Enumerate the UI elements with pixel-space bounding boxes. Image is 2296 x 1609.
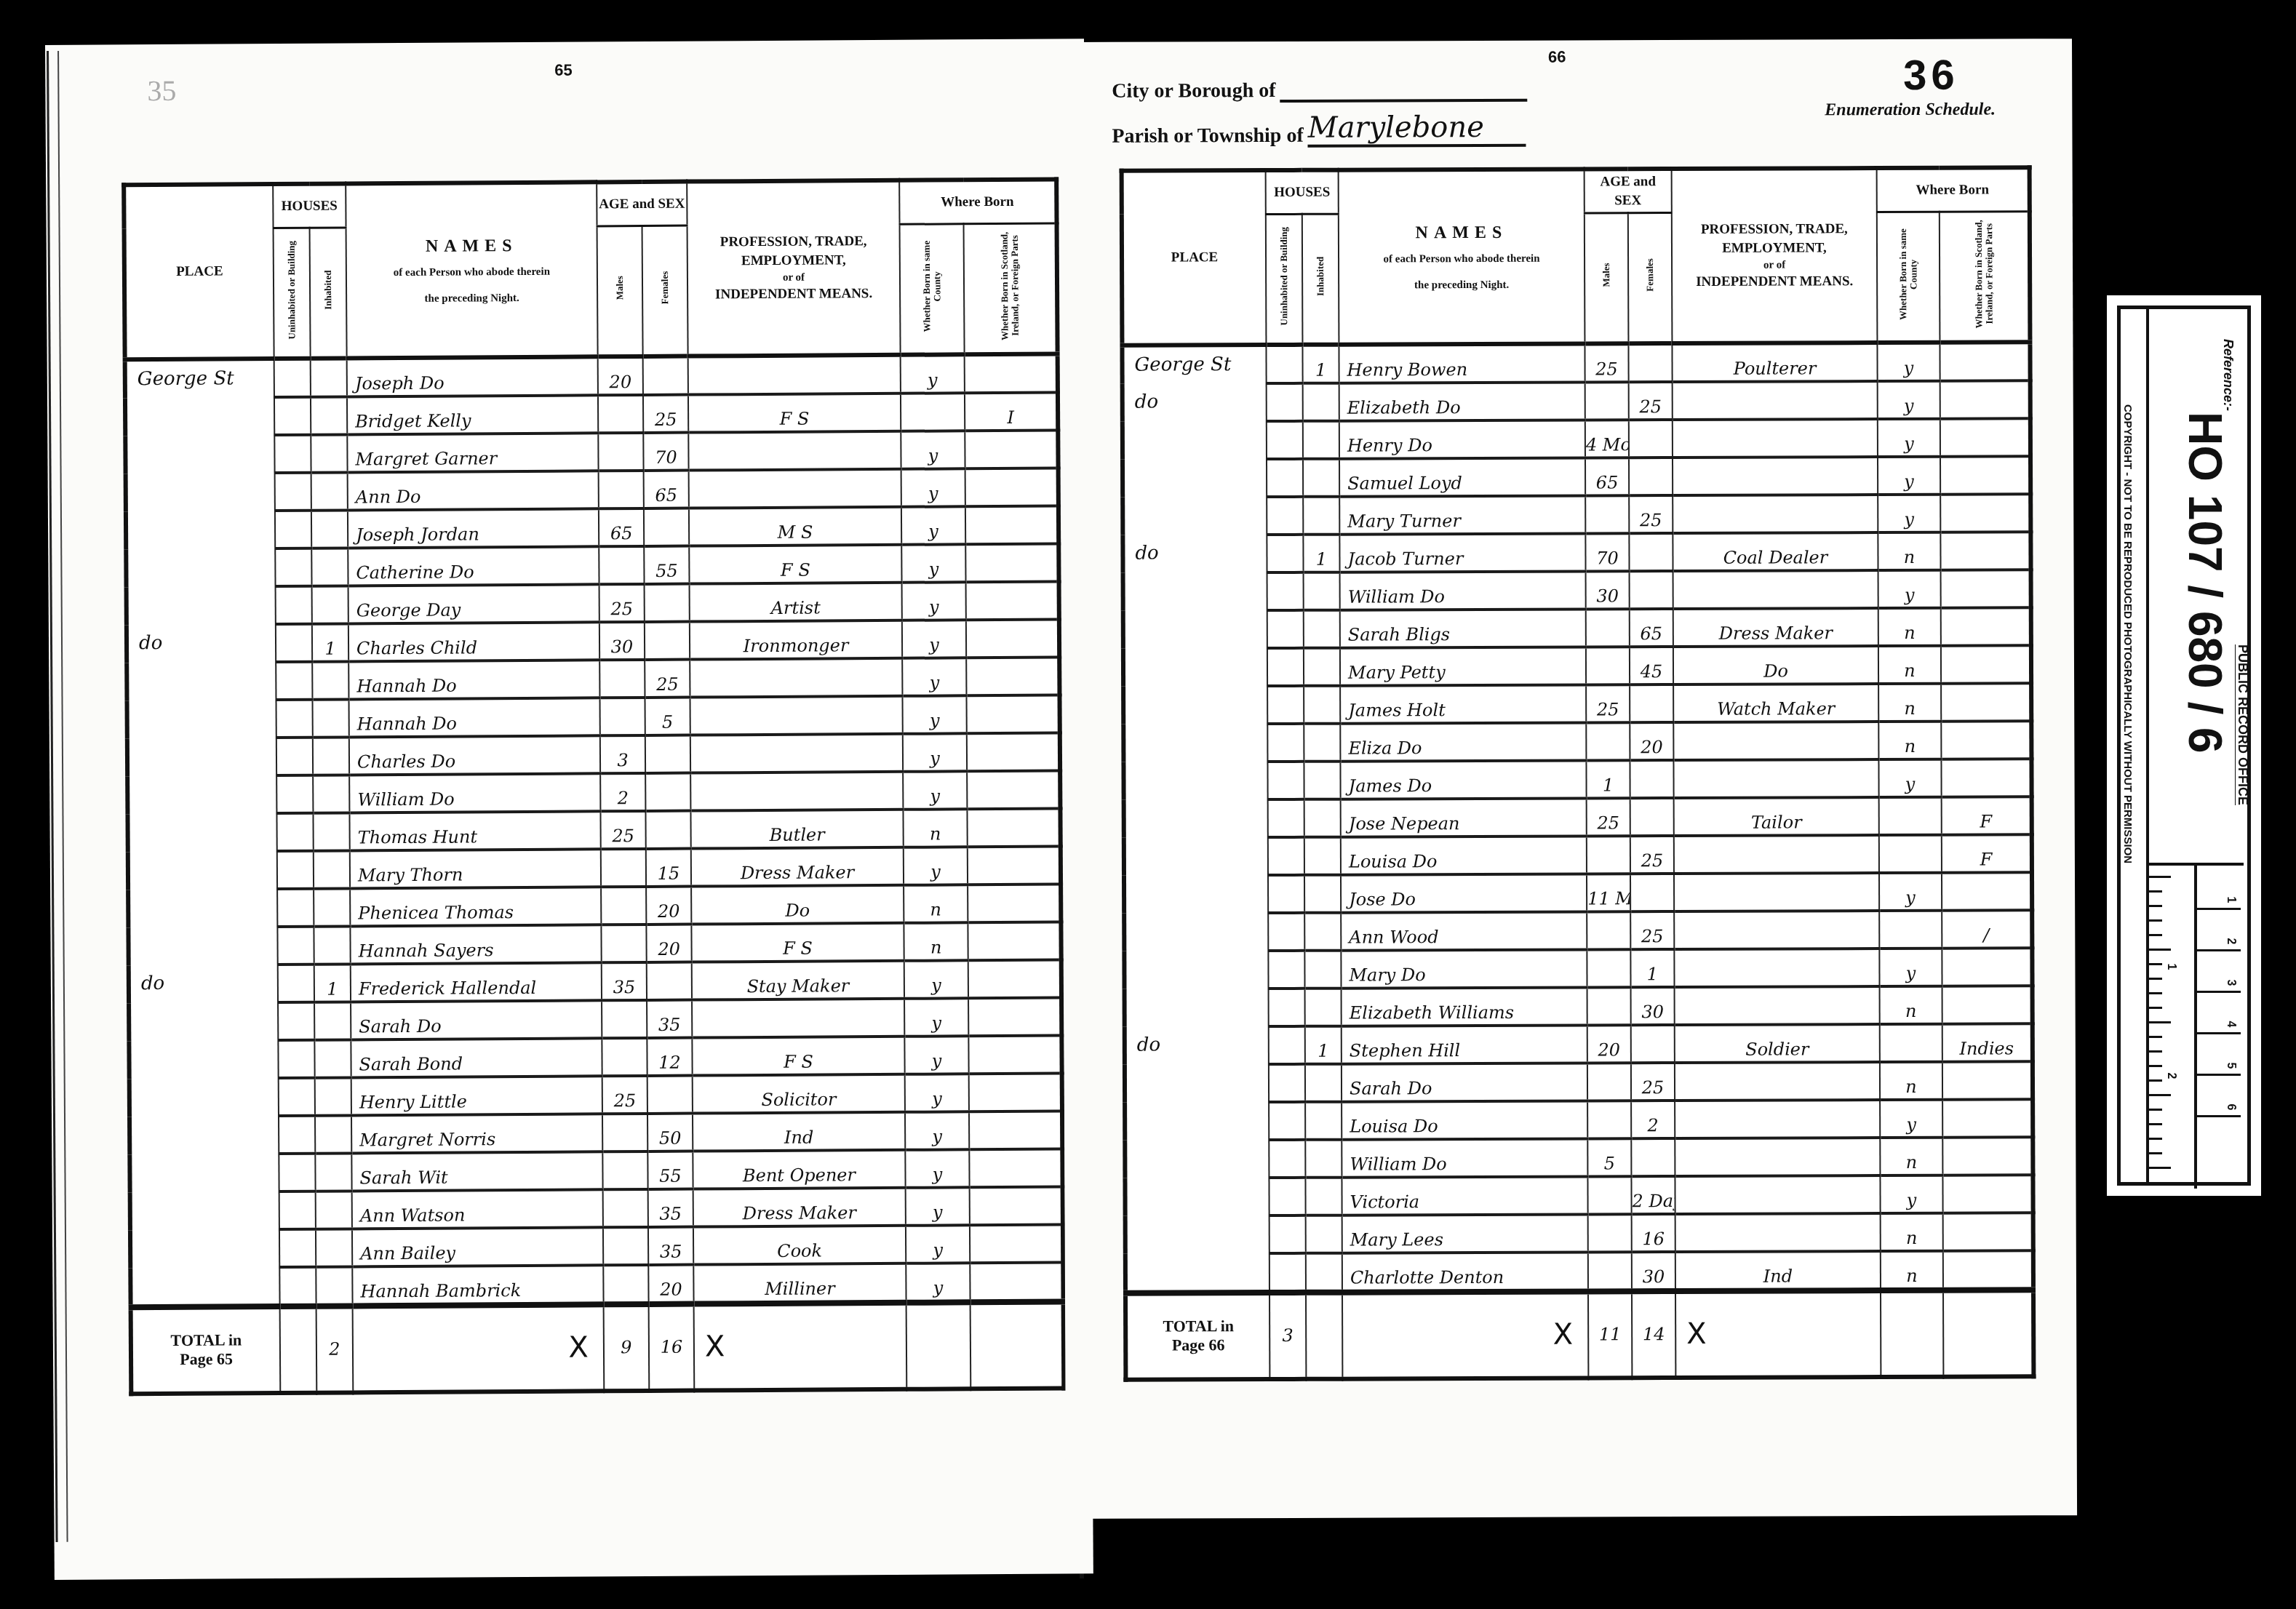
inhabited-cell bbox=[1305, 989, 1342, 1026]
male-age bbox=[599, 660, 645, 698]
female-age: 16 bbox=[1632, 1214, 1675, 1252]
male-age: 11 Months bbox=[1587, 874, 1630, 911]
place-cell bbox=[129, 1078, 279, 1117]
place-cell bbox=[1123, 724, 1267, 762]
born-same-county: n bbox=[1878, 532, 1940, 570]
male-age: 25 bbox=[602, 1076, 647, 1114]
born-elsewhere bbox=[1940, 418, 2030, 456]
folio-number: 66 bbox=[1548, 48, 1566, 67]
male-age: 35 bbox=[602, 962, 647, 1000]
female-age: 65 bbox=[644, 471, 689, 508]
occupation-cell: M S bbox=[689, 507, 901, 546]
born-same-county bbox=[1879, 911, 1942, 949]
born-elsewhere bbox=[1941, 683, 2031, 721]
occupation-cell bbox=[1673, 495, 1878, 533]
occupation-cell: Dress Maker bbox=[693, 1188, 906, 1227]
born-elsewhere bbox=[1942, 1175, 2033, 1213]
table-row: Margret Garner70y bbox=[125, 431, 1058, 474]
person-name: Frederick Hallendal bbox=[351, 962, 602, 1002]
person-name: Mary Petty bbox=[1340, 647, 1586, 685]
total-males: 9 bbox=[604, 1304, 650, 1391]
ruler-cm-label: 4 bbox=[2224, 1021, 2237, 1028]
person-name: Margret Garner bbox=[347, 433, 598, 472]
uninhabited-cell bbox=[276, 662, 312, 700]
table-row: Elizabeth Williams30n bbox=[1125, 986, 2033, 1026]
place-cell: George St bbox=[1122, 345, 1266, 384]
uninhabited-cell bbox=[1269, 1253, 1306, 1293]
inhabited-cell bbox=[313, 775, 349, 813]
male-age: 25 bbox=[1585, 343, 1628, 382]
occupation-cell: Poulterer bbox=[1672, 343, 1877, 382]
male-age bbox=[598, 395, 643, 433]
place-cell bbox=[1123, 762, 1267, 800]
female-age bbox=[1629, 458, 1673, 495]
person-name: Sarah Wit bbox=[351, 1151, 602, 1191]
place-cell bbox=[1124, 875, 1268, 914]
male-age bbox=[601, 849, 646, 887]
occupation-cell bbox=[1675, 1213, 1881, 1252]
occupation-cell bbox=[1675, 1138, 1880, 1176]
female-age bbox=[1629, 533, 1673, 571]
male-age: 25 bbox=[1587, 798, 1630, 836]
table-row: Louisa Do25F bbox=[1124, 834, 2032, 875]
table-row: William Do30y bbox=[1123, 570, 2031, 610]
inhabited-cell: 1 bbox=[314, 964, 351, 1002]
born-same-county bbox=[1880, 1024, 1942, 1062]
inhabited-cell bbox=[314, 926, 350, 964]
born-same-county: y bbox=[902, 620, 966, 658]
born-elsewhere bbox=[969, 1073, 1062, 1111]
born-elsewhere bbox=[968, 997, 1061, 1036]
ruler-tick bbox=[2146, 1094, 2171, 1096]
born-same-county: y bbox=[1878, 495, 1940, 532]
place-cell bbox=[125, 397, 274, 436]
ruler-cm-tick bbox=[2197, 1115, 2241, 1117]
born-elsewhere bbox=[1942, 948, 2032, 986]
person-name: Bridget Kelly bbox=[347, 395, 598, 434]
female-age: 1 bbox=[1630, 949, 1674, 987]
inhabited-cell bbox=[313, 737, 349, 775]
female-age: 25 bbox=[1629, 495, 1673, 533]
ruler-tick bbox=[2146, 1050, 2162, 1053]
occupation-cell: F S bbox=[689, 545, 901, 584]
inhabited-cell bbox=[1306, 1215, 1342, 1253]
female-age: 25 bbox=[1630, 911, 1674, 949]
male-age: 65 bbox=[1585, 458, 1629, 495]
tally-x-mark: X bbox=[1686, 1317, 1707, 1351]
occupation-cell bbox=[690, 734, 903, 773]
inhabited-cell bbox=[311, 472, 348, 510]
person-name: Victoria bbox=[1342, 1176, 1587, 1215]
table-row: Ann Bailey35Cooky bbox=[130, 1224, 1063, 1268]
table-row: Louisa Do2y bbox=[1125, 1099, 2033, 1140]
table-row: Samuel Loyd65y bbox=[1123, 456, 2030, 497]
table-row: Mary Do1y bbox=[1124, 948, 2032, 989]
ruler-cm-tick bbox=[2197, 949, 2241, 951]
uninhabited-cell bbox=[277, 927, 314, 965]
born-elsewhere bbox=[967, 808, 1060, 847]
male-age bbox=[1587, 836, 1630, 874]
ruler-cm-label: 2 bbox=[2224, 938, 2237, 945]
born-same-county: y bbox=[905, 1111, 969, 1150]
occupation-cell bbox=[1674, 835, 1879, 874]
person-name: Henry Do bbox=[1339, 420, 1585, 458]
uninhabited-cell bbox=[1267, 459, 1303, 497]
header-where-born: Where Born bbox=[1877, 167, 2030, 212]
inhabited-cell bbox=[1305, 1140, 1342, 1178]
born-same-county: y bbox=[901, 506, 965, 545]
city-borough-field: City or Borough of bbox=[1112, 74, 1527, 103]
census-table-left: PLACE HOUSES NAMES of each Person who ab… bbox=[121, 177, 1066, 1396]
born-elsewhere bbox=[1942, 1061, 2033, 1099]
table-row: Jose Do11 Monthsy bbox=[1124, 872, 2032, 913]
born-elsewhere bbox=[1940, 342, 2030, 380]
occupation-cell: Dress Maker bbox=[1673, 608, 1878, 647]
header-age-sex: AGE and SEX bbox=[597, 182, 687, 226]
total-females: 14 bbox=[1632, 1291, 1675, 1378]
uninhabited-cell bbox=[1267, 724, 1304, 762]
male-age: 3 bbox=[600, 735, 645, 773]
place-cell bbox=[1124, 799, 1268, 838]
female-age bbox=[1630, 798, 1674, 836]
inhabited-cell bbox=[1303, 383, 1339, 421]
schedule-label: Enumeration Schedule. bbox=[1825, 100, 1996, 121]
total-inhabited: 2 bbox=[316, 1306, 354, 1392]
header-uninhabited: Uninhabited or Building bbox=[286, 241, 297, 340]
place-cell bbox=[127, 662, 276, 700]
male-age bbox=[1588, 1252, 1632, 1291]
table-row: Mary Thorn15Dress Makery bbox=[128, 846, 1061, 890]
uninhabited-cell bbox=[278, 965, 314, 1002]
uninhabited-cell bbox=[279, 1229, 316, 1267]
ruler-tick bbox=[2146, 1036, 2162, 1038]
born-same-county: y bbox=[903, 733, 967, 772]
born-elsewhere bbox=[1941, 607, 2031, 645]
uninhabited-cell bbox=[1267, 610, 1304, 648]
person-name: James Holt bbox=[1340, 684, 1586, 723]
female-age: 20 bbox=[646, 887, 691, 925]
table-row: Sarah Bligs65Dress Makern bbox=[1123, 607, 2031, 648]
born-same-county: y bbox=[906, 1263, 970, 1303]
female-age: 2 Days bbox=[1631, 1176, 1675, 1214]
born-same-county: y bbox=[901, 431, 965, 469]
place-cell bbox=[126, 473, 275, 511]
female-age: 50 bbox=[647, 1114, 693, 1151]
person-name: George Day bbox=[348, 584, 599, 623]
female-age: 20 bbox=[1630, 722, 1673, 760]
female-age: 55 bbox=[647, 1151, 693, 1189]
male-age bbox=[601, 925, 646, 962]
born-same-county: n bbox=[903, 809, 967, 847]
inhabited-cell bbox=[314, 1039, 351, 1077]
born-elsewhere bbox=[1941, 759, 2031, 796]
born-same-county: y bbox=[904, 960, 968, 999]
header-age-sex: AGE and SEX bbox=[1585, 169, 1672, 212]
place-cell bbox=[130, 1267, 279, 1307]
place-cell bbox=[128, 851, 277, 890]
born-same-county: n bbox=[1878, 684, 1941, 722]
inhabited-cell bbox=[1303, 497, 1339, 535]
table-row: Charlotte Denton30Indn bbox=[1125, 1250, 2033, 1293]
table-row: Henry Little25Solicitory bbox=[129, 1073, 1062, 1117]
uninhabited-cell bbox=[1269, 1026, 1305, 1064]
inhabited-cell: 1 bbox=[1302, 345, 1339, 383]
occupation-cell: Solicitor bbox=[693, 1074, 905, 1114]
occupation-cell: Watch Maker bbox=[1673, 684, 1878, 722]
uninhabited-cell bbox=[1268, 799, 1304, 837]
male-age bbox=[602, 1038, 647, 1076]
ruler-cm-label: 3 bbox=[2224, 980, 2237, 986]
person-name: Hannah Do bbox=[349, 698, 600, 737]
female-age bbox=[1630, 760, 1673, 798]
occupation-cell: F S bbox=[692, 1037, 904, 1076]
place-cell bbox=[128, 889, 277, 927]
place-cell bbox=[129, 1116, 279, 1154]
table-row: Sarah Do35y bbox=[129, 997, 1061, 1041]
person-name: Henry Little bbox=[351, 1076, 602, 1115]
uninhabited-cell bbox=[276, 624, 312, 662]
person-name: Catherine Do bbox=[348, 546, 599, 586]
occupation-cell: Cook bbox=[693, 1226, 906, 1265]
person-name: Stephen Hill bbox=[1342, 1025, 1587, 1063]
place-cell bbox=[1123, 497, 1267, 535]
ruler-tick bbox=[2146, 1079, 2162, 1082]
inhabited-cell bbox=[315, 1115, 351, 1153]
occupation-cell bbox=[1673, 457, 1878, 495]
header-houses: HOUSES bbox=[1266, 170, 1339, 214]
ruler-inch-label: 1 bbox=[2164, 964, 2177, 970]
ruler-cm-label: 1 bbox=[2224, 897, 2237, 903]
female-age bbox=[1630, 874, 1674, 911]
person-name: Hannah Bambrick bbox=[352, 1265, 603, 1306]
born-elsewhere bbox=[1942, 986, 2033, 1023]
inhabited-cell bbox=[1304, 951, 1341, 989]
born-elsewhere bbox=[1940, 456, 2030, 494]
tally-x-mark: X bbox=[568, 1330, 589, 1364]
born-elsewhere bbox=[970, 1186, 1063, 1225]
male-age bbox=[1585, 382, 1629, 420]
born-same-county: y bbox=[1879, 873, 1942, 911]
female-age bbox=[1631, 1138, 1675, 1176]
born-elsewhere bbox=[1943, 1213, 2033, 1250]
uninhabited-cell bbox=[275, 473, 311, 511]
occupation-cell: F S bbox=[691, 923, 904, 962]
uninhabited-cell bbox=[276, 700, 313, 738]
uninhabited-cell bbox=[1267, 572, 1304, 610]
ruler-tick bbox=[2146, 1007, 2162, 1009]
uninhabited-cell bbox=[278, 1040, 314, 1078]
place-cell bbox=[127, 775, 276, 814]
occupation-cell bbox=[692, 999, 904, 1038]
female-age: 35 bbox=[648, 1227, 693, 1265]
male-age: 2 bbox=[600, 773, 645, 811]
inhabited-cell bbox=[1305, 1064, 1342, 1102]
reference-label: Reference:- bbox=[2220, 339, 2236, 411]
born-same-county: y bbox=[1879, 949, 1942, 986]
table-row: Hannah Bambrick20Millinery bbox=[130, 1262, 1063, 1307]
male-age bbox=[1587, 1101, 1631, 1138]
occupation-cell: Ironmonger bbox=[690, 620, 902, 660]
ruler-tick bbox=[2146, 905, 2162, 907]
born-same-county: n bbox=[1881, 1213, 1943, 1251]
occupation-cell: Coal Dealer bbox=[1673, 532, 1878, 571]
occupation-cell bbox=[689, 469, 901, 508]
uninhabited-cell bbox=[1268, 951, 1304, 989]
born-elsewhere: Indies bbox=[1942, 1023, 2033, 1061]
born-same-county: y bbox=[904, 998, 968, 1037]
total-label: TOTAL in Page 65 bbox=[131, 1306, 281, 1394]
occupation-cell: Stay Maker bbox=[692, 961, 904, 1000]
born-elsewhere bbox=[966, 582, 1059, 620]
born-elsewhere bbox=[970, 1262, 1063, 1302]
inhabited-cell bbox=[1304, 837, 1341, 875]
inhabited-cell bbox=[316, 1229, 352, 1266]
place-cell bbox=[1123, 610, 1267, 649]
header-names: NAMES of each Person who abode therein t… bbox=[346, 182, 597, 358]
ruler-tick bbox=[2146, 992, 2162, 994]
uninhabited-cell bbox=[1266, 345, 1302, 383]
ruler-cm-tick bbox=[2197, 1032, 2241, 1034]
born-elsewhere bbox=[1940, 380, 2030, 418]
inhabited-cell bbox=[316, 1191, 352, 1229]
born-elsewhere bbox=[970, 1224, 1063, 1263]
male-age: 20 bbox=[1587, 1025, 1631, 1063]
place-cell: do bbox=[1125, 1026, 1269, 1065]
uninhabited-cell bbox=[274, 359, 311, 397]
place-cell: do bbox=[129, 965, 278, 1003]
born-elsewhere bbox=[965, 468, 1059, 507]
place-cell bbox=[127, 738, 276, 776]
born-same-county: y bbox=[906, 1187, 970, 1226]
uninhabited-cell bbox=[1267, 421, 1303, 459]
left-page: 35 65 PLACE HOUSES NAMES of each Person … bbox=[45, 39, 1093, 1580]
table-row: Margret Norris50Indy bbox=[129, 1111, 1062, 1154]
inhabited-cell bbox=[1305, 1178, 1342, 1215]
uninhabited-cell bbox=[276, 775, 313, 813]
place-cell bbox=[1124, 837, 1268, 876]
male-age bbox=[1587, 987, 1631, 1025]
born-elsewhere: / bbox=[1942, 910, 2032, 948]
uninhabited-cell bbox=[275, 548, 311, 586]
person-name: Sarah Bligs bbox=[1340, 609, 1586, 647]
table-row: Mary Turner25y bbox=[1123, 494, 2030, 535]
header-profession: PROFESSION, TRADE, EMPLOYMENT, or of IND… bbox=[1672, 168, 1878, 343]
occupation-cell: Artist bbox=[690, 583, 902, 622]
occupation-cell bbox=[688, 355, 901, 395]
place-cell bbox=[1125, 1140, 1269, 1178]
male-age bbox=[1587, 949, 1630, 987]
header-same-county: Whether Born in same County bbox=[1898, 220, 1919, 329]
inhabited-cell bbox=[1303, 459, 1339, 497]
uninhabited-cell bbox=[279, 1154, 315, 1191]
person-name: Eliza Do bbox=[1340, 722, 1586, 761]
ruler-tick bbox=[2146, 1123, 2162, 1125]
header-males: Males bbox=[1601, 263, 1611, 287]
place-cell bbox=[1125, 989, 1269, 1027]
born-elsewhere bbox=[968, 1035, 1061, 1074]
occupation-cell: Soldier bbox=[1675, 1024, 1880, 1063]
uninhabited-cell bbox=[1268, 837, 1304, 875]
header-uninhabited: Uninhabited or Building bbox=[1279, 227, 1290, 326]
male-age bbox=[1586, 647, 1630, 684]
ruler-tick bbox=[2146, 876, 2171, 878]
header-females: Females bbox=[1645, 258, 1655, 292]
table-row: Victoria2 Daysy bbox=[1125, 1175, 2033, 1215]
born-same-county: y bbox=[901, 354, 965, 394]
occupation-cell bbox=[1675, 1175, 1880, 1214]
born-same-county: y bbox=[902, 658, 966, 696]
inhabited-cell bbox=[1304, 648, 1340, 686]
place-cell bbox=[1124, 951, 1268, 989]
male-age bbox=[603, 1189, 648, 1227]
place-cell bbox=[1123, 459, 1267, 498]
place-cell bbox=[1125, 1064, 1269, 1103]
ruler-cm-label: 6 bbox=[2224, 1104, 2237, 1111]
person-name: Hannah Sayers bbox=[350, 925, 601, 964]
table-row: Eliza Do20n bbox=[1123, 721, 2031, 762]
header-males: Males bbox=[615, 276, 625, 300]
uninhabited-cell bbox=[1267, 648, 1304, 686]
male-age bbox=[1587, 1176, 1631, 1214]
female-age: 25 bbox=[1629, 382, 1673, 420]
table-row: do1Frederick Hallendal35Stay Makery bbox=[129, 959, 1061, 1003]
inhabited-cell bbox=[311, 510, 348, 548]
inhabited-cell bbox=[315, 1077, 351, 1115]
old-folio-stamp: 35 bbox=[147, 73, 176, 108]
inhabited-cell bbox=[314, 888, 350, 926]
born-same-county: y bbox=[902, 582, 966, 620]
born-elsewhere bbox=[1941, 570, 2031, 607]
table-row: Mary Petty45Don bbox=[1123, 645, 2031, 686]
place-cell bbox=[127, 813, 276, 852]
born-same-county: n bbox=[904, 922, 968, 961]
uninhabited-cell bbox=[1269, 1064, 1305, 1102]
table-row: George Day25Artisty bbox=[127, 582, 1059, 626]
inhabited-cell bbox=[1305, 1102, 1342, 1140]
female-age bbox=[645, 773, 690, 811]
census-table-right: PLACE HOUSES NAMES of each Person who ab… bbox=[1120, 165, 2036, 1381]
schedule-number: 36 bbox=[1903, 51, 1959, 100]
occupation-cell bbox=[690, 658, 902, 698]
male-age: 70 bbox=[1585, 533, 1629, 571]
born-elsewhere bbox=[968, 959, 1061, 998]
person-name: William Do bbox=[349, 773, 600, 813]
occupation-cell bbox=[690, 772, 903, 811]
place-cell bbox=[127, 586, 276, 625]
male-age bbox=[603, 1227, 648, 1265]
born-elsewhere bbox=[968, 846, 1061, 885]
copyright-notice: COPYRIGHT - NOT TO BE REPRODUCED PHOTOGR… bbox=[2121, 404, 2134, 863]
place-cell bbox=[128, 927, 277, 965]
inhabited-cell bbox=[1304, 799, 1341, 837]
place-cell bbox=[1124, 913, 1268, 951]
header-inhabited: Inhabited bbox=[1315, 256, 1326, 295]
male-age bbox=[602, 1151, 647, 1189]
occupation-cell: Ind bbox=[693, 1112, 905, 1151]
male-age bbox=[1585, 495, 1629, 533]
occupation-cell bbox=[1673, 381, 1878, 420]
table-row: William Do2y bbox=[127, 770, 1060, 814]
uninhabited-cell bbox=[1267, 762, 1304, 799]
occupation-cell bbox=[1675, 1062, 1880, 1101]
male-age: 25 bbox=[1586, 684, 1630, 722]
female-age: 55 bbox=[644, 546, 689, 584]
ruler-tick bbox=[2146, 1021, 2171, 1023]
right-page: 66 City or Borough of Parish or Township… bbox=[1061, 39, 2077, 1519]
female-age: 20 bbox=[648, 1265, 693, 1304]
born-same-county: y bbox=[1878, 419, 1940, 457]
uninhabited-cell bbox=[1267, 383, 1303, 421]
